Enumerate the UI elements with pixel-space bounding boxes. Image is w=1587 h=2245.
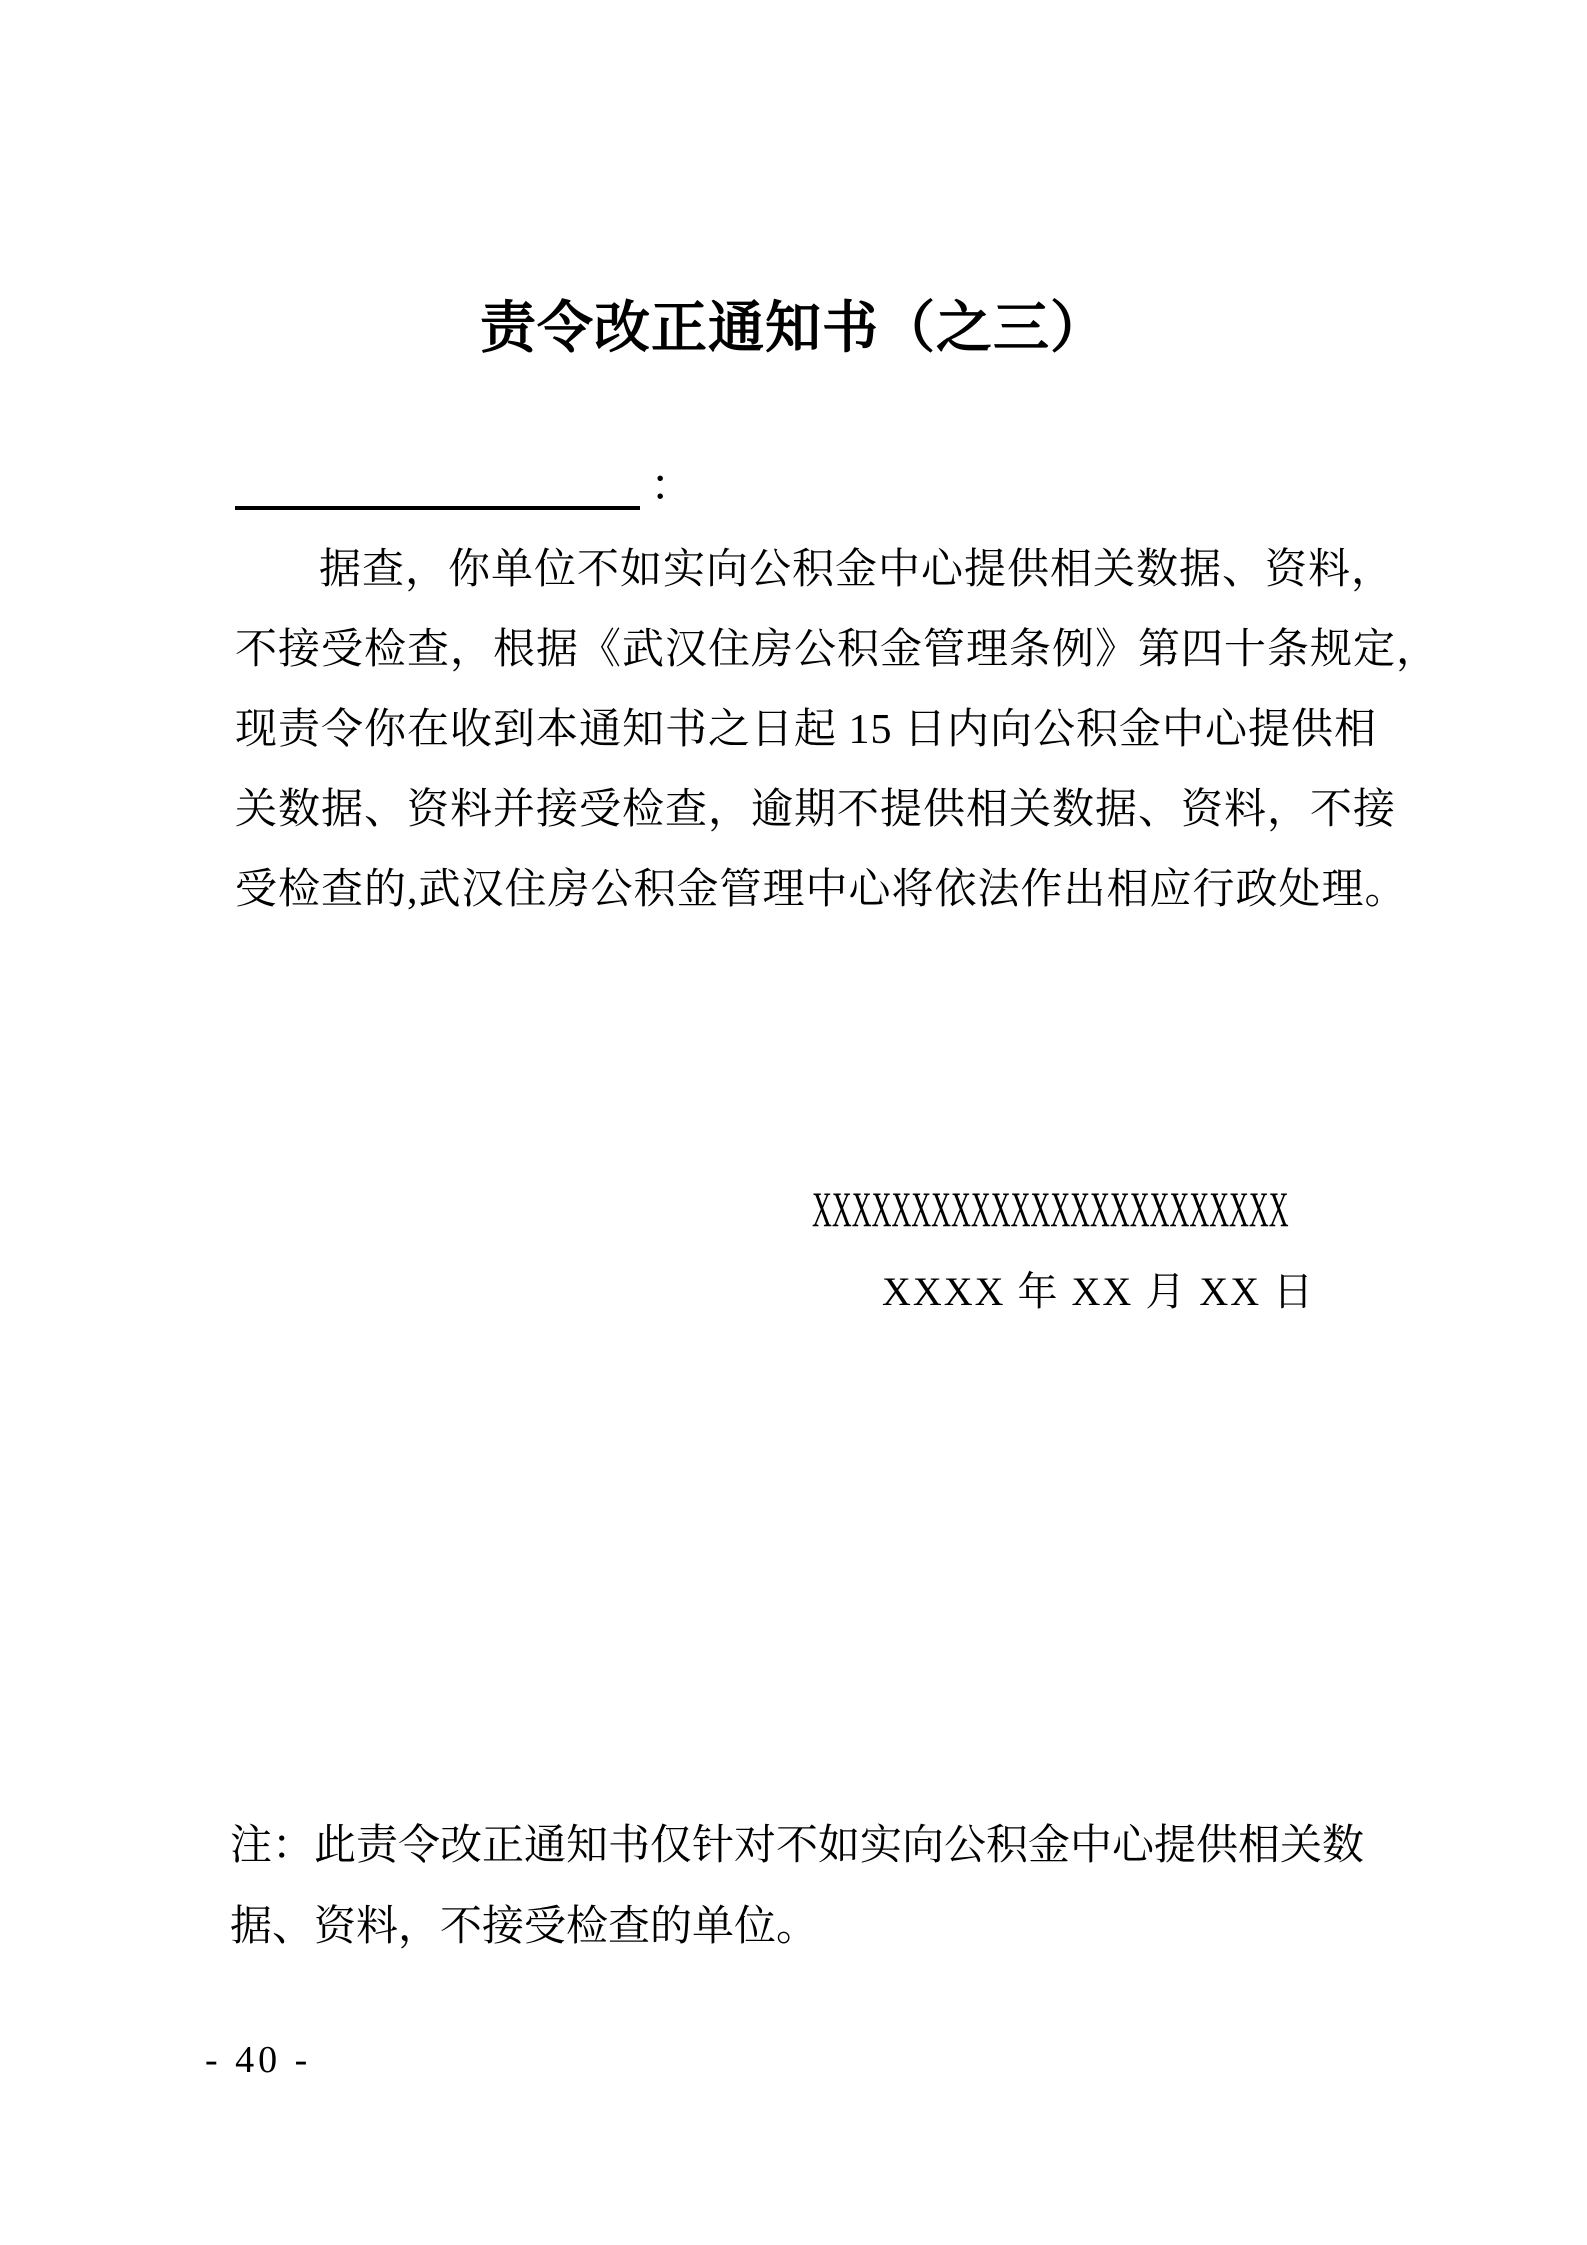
addressee-blank-line	[235, 462, 640, 510]
body-line: 现责令你在收到本通知书之日起 15 日内向公积金中心提供相	[235, 690, 1435, 770]
note-paragraph: 注：此责令改正通知书仅针对不如实向公积金中心提供相关数 据、资料，不接受检查的单…	[230, 1806, 1440, 1968]
body-line: 关数据、资料并接受检查，逾期不提供相关数据、资料，不接	[235, 770, 1435, 850]
document-page: 责令改正通知书（之三） ： 据查，你单位不如实向公积金中心提供相关数据、资料， …	[0, 0, 1587, 2245]
body-line: 受检查的,武汉住房公积金管理中心将依法作出相应行政处理。	[235, 850, 1435, 930]
signature-date-placeholder: XXXX 年 XX 月 XX 日	[882, 1266, 1315, 1318]
body-line: 不接受检查，根据《武汉住房公积金管理条例》第四十条规定，	[235, 610, 1435, 690]
note-line: 据、资料，不接受检查的单位。	[230, 1887, 1440, 1968]
addressee-colon: ：	[650, 462, 694, 510]
page-number: - 40 -	[205, 2038, 311, 2082]
addressee-row: ：	[235, 462, 694, 512]
body-line: 据查，你单位不如实向公积金中心提供相关数据、资料，	[235, 530, 1435, 610]
body-paragraph: 据查，你单位不如实向公积金中心提供相关数据、资料， 不接受检查，根据《武汉住房公…	[235, 530, 1435, 930]
signature-name-placeholder: XXXXXXXXXXXXXXXXXXXXXXXX	[812, 1184, 1289, 1234]
page-title: 责令改正通知书（之三）	[0, 284, 1587, 364]
note-line: 注：此责令改正通知书仅针对不如实向公积金中心提供相关数	[230, 1806, 1440, 1887]
